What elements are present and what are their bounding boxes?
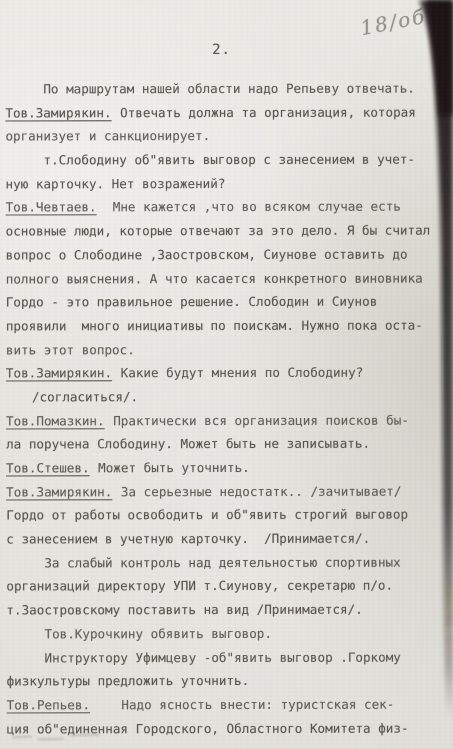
- line-text: По маршрутам нашей области надо Репьеву …: [43, 81, 415, 97]
- page-number: 2.: [0, 42, 443, 58]
- line-text: Гордо от работы освободить и об"явить ст…: [6, 507, 408, 523]
- speaker-name: Тов.Чевтаев.: [6, 200, 98, 215]
- line-text: Может быть уточнить.: [91, 460, 250, 475]
- doc-line: /согласиться/.: [6, 384, 447, 409]
- doc-line: Инструктору Уфимцеву -об"явить выговор .…: [6, 645, 447, 670]
- doc-line: Тов.Чевтаев. Мне кажется ,что во всяком …: [6, 195, 447, 220]
- doc-line: организаций директору УПИ т.Сиунову, сек…: [6, 574, 447, 599]
- line-text: организует и санкционирует.: [5, 128, 210, 143]
- doc-line: проявили много инициативы по поискам. Ну…: [6, 313, 447, 338]
- line-text: Надо ясность внести: туристская сек-: [91, 697, 394, 713]
- line-text: т.Заостровскому поставить на вид /Приним…: [6, 602, 362, 618]
- doc-line: Тов.Помазкин. Практически вся организаци…: [6, 408, 447, 433]
- doc-line: Гордо - это правильное решение. Слободин…: [6, 290, 447, 315]
- line-text: полного выяснения. А что касается конкре…: [6, 270, 423, 286]
- speaker-name: Тов.Репьев.: [7, 697, 91, 712]
- doc-line: вить этот вопрос.: [6, 337, 447, 362]
- doc-line: вопрос о Слободине ,Заостровском, Сиунов…: [6, 242, 447, 267]
- line-text: Какие будут мнения по Слободину?: [113, 365, 363, 381]
- doc-line: Тов.Репьев. Надо ясность внести: туристс…: [7, 692, 448, 717]
- line-text: Мне кажется ,что во всяком случае есть: [98, 199, 401, 215]
- doc-line: с занесением в учетную карточку. /Приним…: [6, 527, 447, 552]
- line-text: Тов.Курочкину обявить выговор.: [44, 626, 271, 641]
- line-text: т.Слободину об"явить выговор с занесение…: [43, 152, 415, 168]
- line-text: основные люди, которые отвечают за это д…: [6, 223, 431, 239]
- doc-line: Тов.Замирякин. Отвечать должна та органи…: [5, 100, 446, 125]
- doc-lines: По маршрутам нашей области надо Репьеву …: [5, 77, 447, 741]
- handwritten-archive-number: 18/об: [358, 4, 428, 40]
- doc-line: За слабый контроль над деятельностью спо…: [6, 550, 447, 575]
- line-text: За слабый контроль над деятельностью спо…: [44, 554, 400, 570]
- line-text: с занесением в учетную карточку. /Приним…: [6, 531, 370, 547]
- speaker-name: Тов.Помазкин.: [6, 413, 106, 428]
- speaker-name: Тов.Замирякин.: [6, 484, 113, 499]
- line-text: вопрос о Слободине ,Заостровском, Сиунов…: [6, 246, 408, 262]
- doc-line: ную карточку. Нет возражений?: [6, 171, 447, 196]
- line-text: Гордо - это правильное решение. Слободин…: [6, 294, 378, 310]
- doc-line: Тов.Замирякин. Какие будут мнения по Сло…: [6, 361, 447, 386]
- doc-line: ла поручена Слободину. Может быть не зап…: [6, 432, 447, 457]
- doc-line: организует и санкционирует.: [5, 124, 446, 149]
- doc-line: физкультуры предложить уточнить.: [7, 669, 448, 694]
- doc-line: основные люди, которые отвечают за это д…: [6, 219, 447, 244]
- doc-line: Тов.Замирякин. За серьезные недостатк.. …: [6, 479, 447, 504]
- line-text: организаций директору УПИ т.Сиунову, сек…: [6, 578, 393, 594]
- line-text: За серьезные недостатк.. /зачитывает/: [113, 483, 401, 499]
- doc-line: т.Заостровскому поставить на вид /Приним…: [6, 598, 447, 623]
- doc-line: По маршрутам нашей области надо Репьеву …: [5, 77, 446, 102]
- line-text: ла поручена Слободину. Может быть не зап…: [6, 436, 370, 452]
- speaker-name: Тов.Замирякин.: [5, 105, 112, 120]
- line-text: Инструктору Уфимцеву -об"явить выговор .…: [45, 649, 401, 665]
- line-text: /согласиться/.: [32, 389, 138, 404]
- line-text: вить этот вопрос.: [6, 342, 135, 357]
- speaker-name: Тов.Замирякин.: [6, 365, 113, 380]
- doc-line: Тов.Стешев. Может быть уточнить.: [6, 456, 447, 481]
- line-text: Отвечать должна та организация, которая: [113, 104, 416, 120]
- scanned-document-page: 18/об 2. По маршрутам нашей области надо…: [0, 0, 453, 749]
- line-text: ную карточку. Нет возражений?: [6, 176, 226, 191]
- line-text: Практически вся организация поисков бы-: [106, 412, 409, 428]
- line-text: проявили много инициативы по поискам. Ну…: [6, 317, 423, 333]
- doc-line: полного выяснения. А что касается конкре…: [6, 266, 447, 291]
- faded-pencil-marks: [12, 726, 122, 740]
- line-text: физкультуры предложить уточнить.: [7, 673, 250, 689]
- doc-line: т.Слободину об"явить выговор с занесение…: [5, 148, 446, 173]
- doc-line: Гордо от работы освободить и об"явить ст…: [6, 503, 447, 528]
- doc-line: Тов.Курочкину обявить выговор.: [6, 621, 447, 646]
- speaker-name: Тов.Стешев.: [6, 460, 90, 475]
